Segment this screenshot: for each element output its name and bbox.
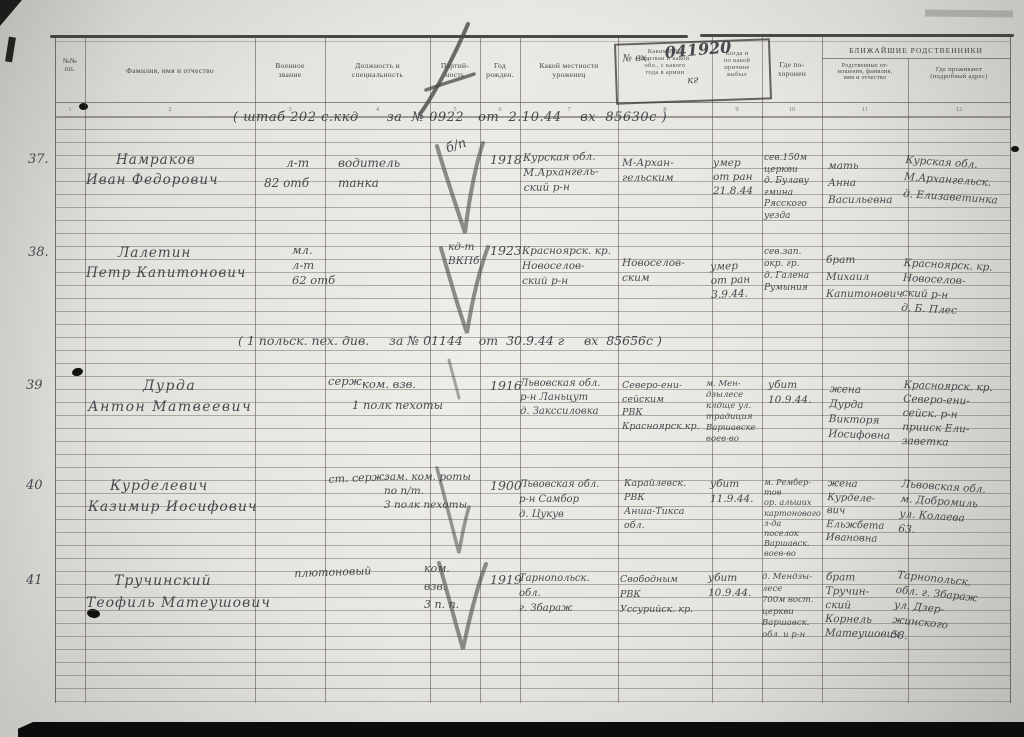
pencil-checkmarks (420, 24, 488, 649)
pencil-marks-overlay (0, 0, 1024, 737)
scanned-casualty-register-page: №№ пп. Фамилия, имя и отчество Военное з… (0, 0, 1024, 737)
pencil-stroke (426, 74, 474, 90)
pencil-stroke (420, 24, 468, 114)
pencil-checkmark (441, 247, 488, 333)
pencil-checkmark (439, 563, 486, 649)
pencil-tick (449, 360, 459, 398)
pencil-checkmark (437, 143, 483, 233)
pencil-checkmark (437, 468, 469, 553)
